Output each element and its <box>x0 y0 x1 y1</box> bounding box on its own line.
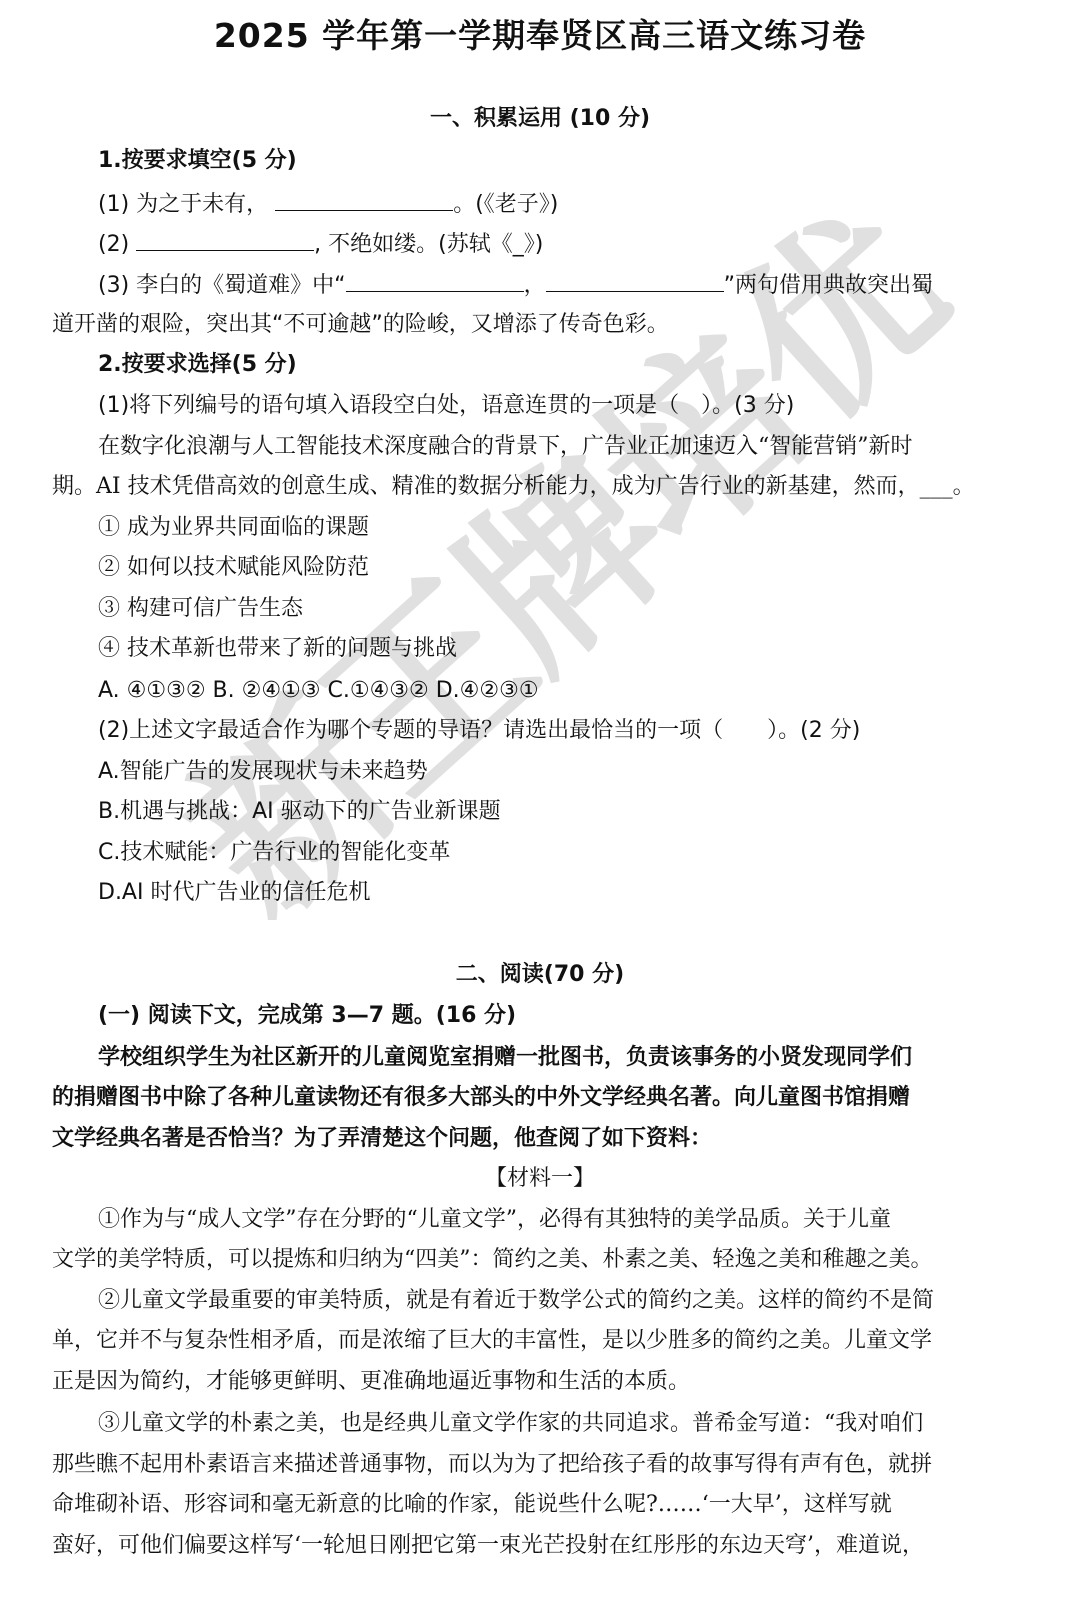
section2-heading: 二、阅读(70 分) <box>0 960 1080 990</box>
item-text-tail: ”两句借用典故突出蜀 <box>724 273 933 298</box>
q2-sub1-prompt: (1)将下列编号的语句填入语段空白处，语意连贯的一项是（ ）。(3 分) <box>98 391 794 421</box>
q1-item-1: (1) 为之于未有， 。(《老子》) <box>98 188 558 220</box>
page-title: 2025 学年第一学期奉贤区高三语文练习卷 <box>0 14 1080 58</box>
q1-heading: 1.按要求填空(5 分) <box>98 146 297 176</box>
item-number: (2) <box>98 232 129 257</box>
item-text: 为之于未有， <box>136 192 268 217</box>
material-label: 【材料一】 <box>0 1164 1080 1194</box>
q1-item-2: (2) , 不绝如缕。(苏轼《_》) <box>98 228 543 260</box>
q2-sub1-options: A. ④①③② B. ②④①③ C.①④③② D.④②③① <box>98 676 539 706</box>
statement-2: ② 如何以技术赋能风险防范 <box>98 553 369 583</box>
item-text: 李白的《蜀道难》中“ <box>136 273 345 298</box>
paragraph-1-line-1: ①作为与“成人文学”存在分野的“儿童文学”，必得有其独特的美学品质。关于儿童 <box>98 1205 891 1235</box>
exam-page: 新王牌培优 2025 学年第一学期奉贤区高三语文练习卷 一、积累运用 (10 分… <box>0 0 1080 1601</box>
paragraph-2-line-2: 单，它并不与复杂性相矛盾，而是浓缩了巨大的丰富性，是以少胜多的简约之美。儿童文学 <box>52 1326 932 1356</box>
passage-line-2: 期。AI 技术凭借高效的创意生成、精准的数据分析能力，成为广告行业的新基建，然而… <box>52 472 975 502</box>
fill-blank[interactable] <box>136 228 314 251</box>
paragraph-3-line-2: 那些瞧不起用朴素语言来描述普通事物，而以为为了把给孩子看的故事写得有声有色，就拼 <box>52 1450 932 1480</box>
section1-heading: 一、积累运用 (10 分) <box>0 104 1080 134</box>
paragraph-2-line-1: ②儿童文学最重要的审美特质，就是有着近于数学公式的简约之美。这样的简约不是简 <box>98 1286 934 1316</box>
paragraph-3-line-3: 命堆砌补语、形容词和毫无新意的比喻的作家，能说些什么呢?……‘一大早’，这样写就 <box>52 1490 892 1520</box>
fill-blank[interactable] <box>346 269 524 292</box>
intro-line-2: 的捐赠图书中除了各种儿童读物还有很多大部头的中外文学经典名著。向儿童图书馆捐赠 <box>52 1082 910 1112</box>
item-source: 。(《老子》) <box>453 192 558 217</box>
q2-heading: 2.按要求选择(5 分) <box>98 350 297 380</box>
fill-blank[interactable] <box>546 269 724 292</box>
item-number: (1) <box>98 192 129 217</box>
paragraph-2-line-3: 正是因为简约，才能够更鲜明、更准确地逼近事物和生活的本质。 <box>52 1367 690 1397</box>
paragraph-3-line-4: 蛮好，可他们偏要这样写‘一轮旭日刚把它第一束光芒投射在红彤彤的东边天穹’，难道说… <box>52 1531 924 1561</box>
q1-item-3: (3) 李白的《蜀道难》中“，”两句借用典故突出蜀 <box>98 269 933 301</box>
item-source: , 不绝如缕。(苏轼《_》) <box>314 232 543 257</box>
intro-line-1: 学校组织学生为社区新开的儿童阅览室捐赠一批图书，负责该事务的小贤发现同学们 <box>98 1042 912 1072</box>
paragraph-1-line-2: 文学的美学特质，可以提炼和归纳为“四美”：简约之美、朴素之美、轻逸之美和稚趣之美… <box>52 1245 933 1275</box>
part1-heading: (一) 阅读下文，完成第 3—7 题。(16 分) <box>98 1001 516 1031</box>
q2-sub2-option-d: D.AI 时代广告业的信任危机 <box>98 878 370 908</box>
passage-line-1: 在数字化浪潮与人工智能技术深度融合的背景下，广告业正加速迈入“智能营销”新时 <box>98 432 913 462</box>
q2-sub2-option-c: C.技术赋能：广告行业的智能化变革 <box>98 838 450 868</box>
q2-sub2-option-b: B.机遇与挑战：AI 驱动下的广告业新课题 <box>98 797 501 827</box>
intro-line-3: 文学经典名著是否恰当？为了弄清楚这个问题，他查阅了如下资料： <box>52 1123 712 1153</box>
q2-sub2-option-a: A.智能广告的发展现状与未来趋势 <box>98 757 428 787</box>
statement-4: ④ 技术革新也带来了新的问题与挑战 <box>98 634 457 664</box>
paragraph-3-line-1: ③儿童文学的朴素之美，也是经典儿童文学作家的共同追求。普希金写道：“我对咱们 <box>98 1409 923 1439</box>
statement-1: ① 成为业界共同面临的课题 <box>98 513 369 543</box>
statement-3: ③ 构建可信广告生态 <box>98 594 303 624</box>
q2-sub2-prompt: (2)上述文字最适合作为哪个专题的导语？请选出最恰当的一项（ ）。(2 分) <box>98 716 860 746</box>
fill-blank[interactable] <box>275 188 453 211</box>
item-comma: ， <box>524 273 546 298</box>
q1-item-3-continued: 道开凿的艰险，突出其“不可逾越”的险峻，又增添了传奇色彩。 <box>52 310 669 340</box>
item-number: (3) <box>98 273 129 298</box>
